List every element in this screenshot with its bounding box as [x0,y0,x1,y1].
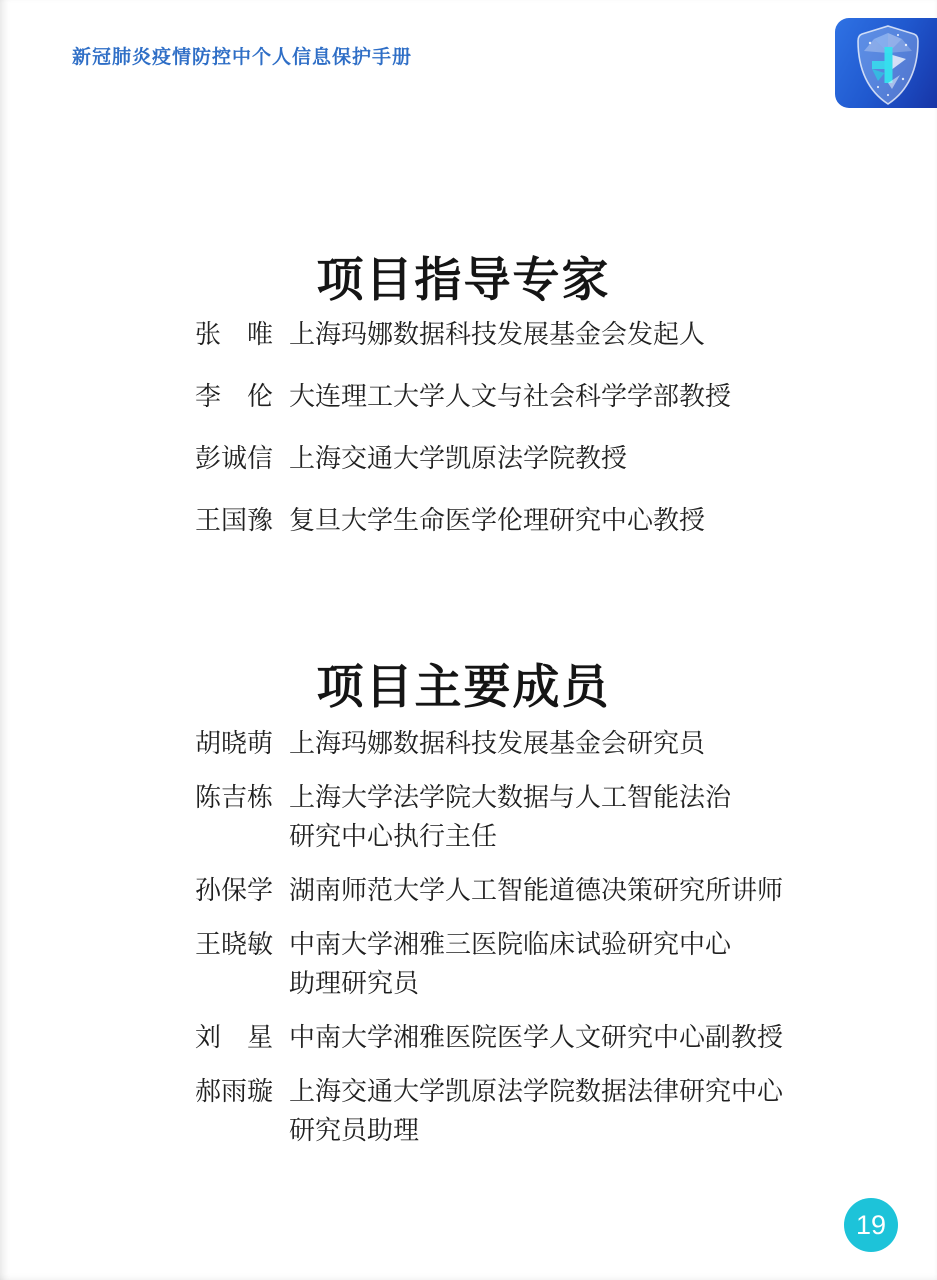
member-row: 郝雨璇 上海交通大学凯原法学院数据法律研究中心 研究员助理 [195,1072,783,1150]
member-row: 胡晓萌 上海玛娜数据科技发展基金会研究员 [195,724,783,763]
expert-row: 张 唯 上海玛娜数据科技发展基金会发起人 [195,318,731,351]
handbook-page: 新冠肺炎疫情防控中个人信息保护手册 项目指导专家 张 唯 上海玛娜数据科技发展基… [0,0,937,1280]
expert-name: 李 伦 [195,380,275,413]
experts-list: 张 唯 上海玛娜数据科技发展基金会发起人 李 伦 大连理工大学人文与社会科学学部… [195,318,731,566]
expert-row: 王国豫 复旦大学生命医学伦理研究中心教授 [195,504,731,537]
expert-affiliation: 上海交通大学凯原法学院教授 [289,442,627,475]
member-name: 郝雨璇 [195,1072,275,1111]
member-affiliation: 上海大学法学院大数据与人工智能法治 研究中心执行主任 [289,778,731,856]
expert-affiliation: 大连理工大学人文与社会科学学部教授 [289,380,731,413]
shield-icon [848,23,928,107]
member-name: 陈吉栋 [195,778,275,817]
expert-name: 王国豫 [195,504,275,537]
expert-name: 彭诚信 [195,442,275,475]
members-list: 胡晓萌 上海玛娜数据科技发展基金会研究员 陈吉栋 上海大学法学院大数据与人工智能… [195,724,783,1165]
expert-row: 彭诚信 上海交通大学凯原法学院教授 [195,442,731,475]
member-name: 孙保学 [195,871,275,910]
member-row: 陈吉栋 上海大学法学院大数据与人工智能法治 研究中心执行主任 [195,778,783,856]
expert-affiliation: 上海玛娜数据科技发展基金会发起人 [289,318,705,351]
member-row: 孙保学 湖南师范大学人工智能道德决策研究所讲师 [195,871,783,910]
expert-name: 张 唯 [195,318,275,351]
member-affiliation: 中南大学湘雅三医院临床试验研究中心 助理研究员 [289,925,731,1003]
member-row: 王晓敏 中南大学湘雅三医院临床试验研究中心 助理研究员 [195,925,783,1003]
member-affiliation: 上海玛娜数据科技发展基金会研究员 [289,724,705,763]
header-title: 新冠肺炎疫情防控中个人信息保护手册 [72,42,412,69]
member-name: 刘 星 [195,1018,275,1057]
member-row: 刘 星 中南大学湘雅医院医学人文研究中心副教授 [195,1018,783,1057]
section-title-experts: 项目指导专家 [0,243,927,310]
expert-affiliation: 复旦大学生命医学伦理研究中心教授 [289,504,705,537]
section-title-members: 项目主要成员 [0,650,927,717]
page-number-badge: 19 [844,1198,898,1252]
expert-row: 李 伦 大连理工大学人文与社会科学学部教授 [195,380,731,413]
logo-badge [835,18,937,108]
member-name: 王晓敏 [195,925,275,964]
member-name: 胡晓萌 [195,724,275,763]
member-affiliation: 上海交通大学凯原法学院数据法律研究中心 研究员助理 [289,1072,783,1150]
member-affiliation: 中南大学湘雅医院医学人文研究中心副教授 [289,1018,783,1057]
member-affiliation: 湖南师范大学人工智能道德决策研究所讲师 [289,871,783,910]
